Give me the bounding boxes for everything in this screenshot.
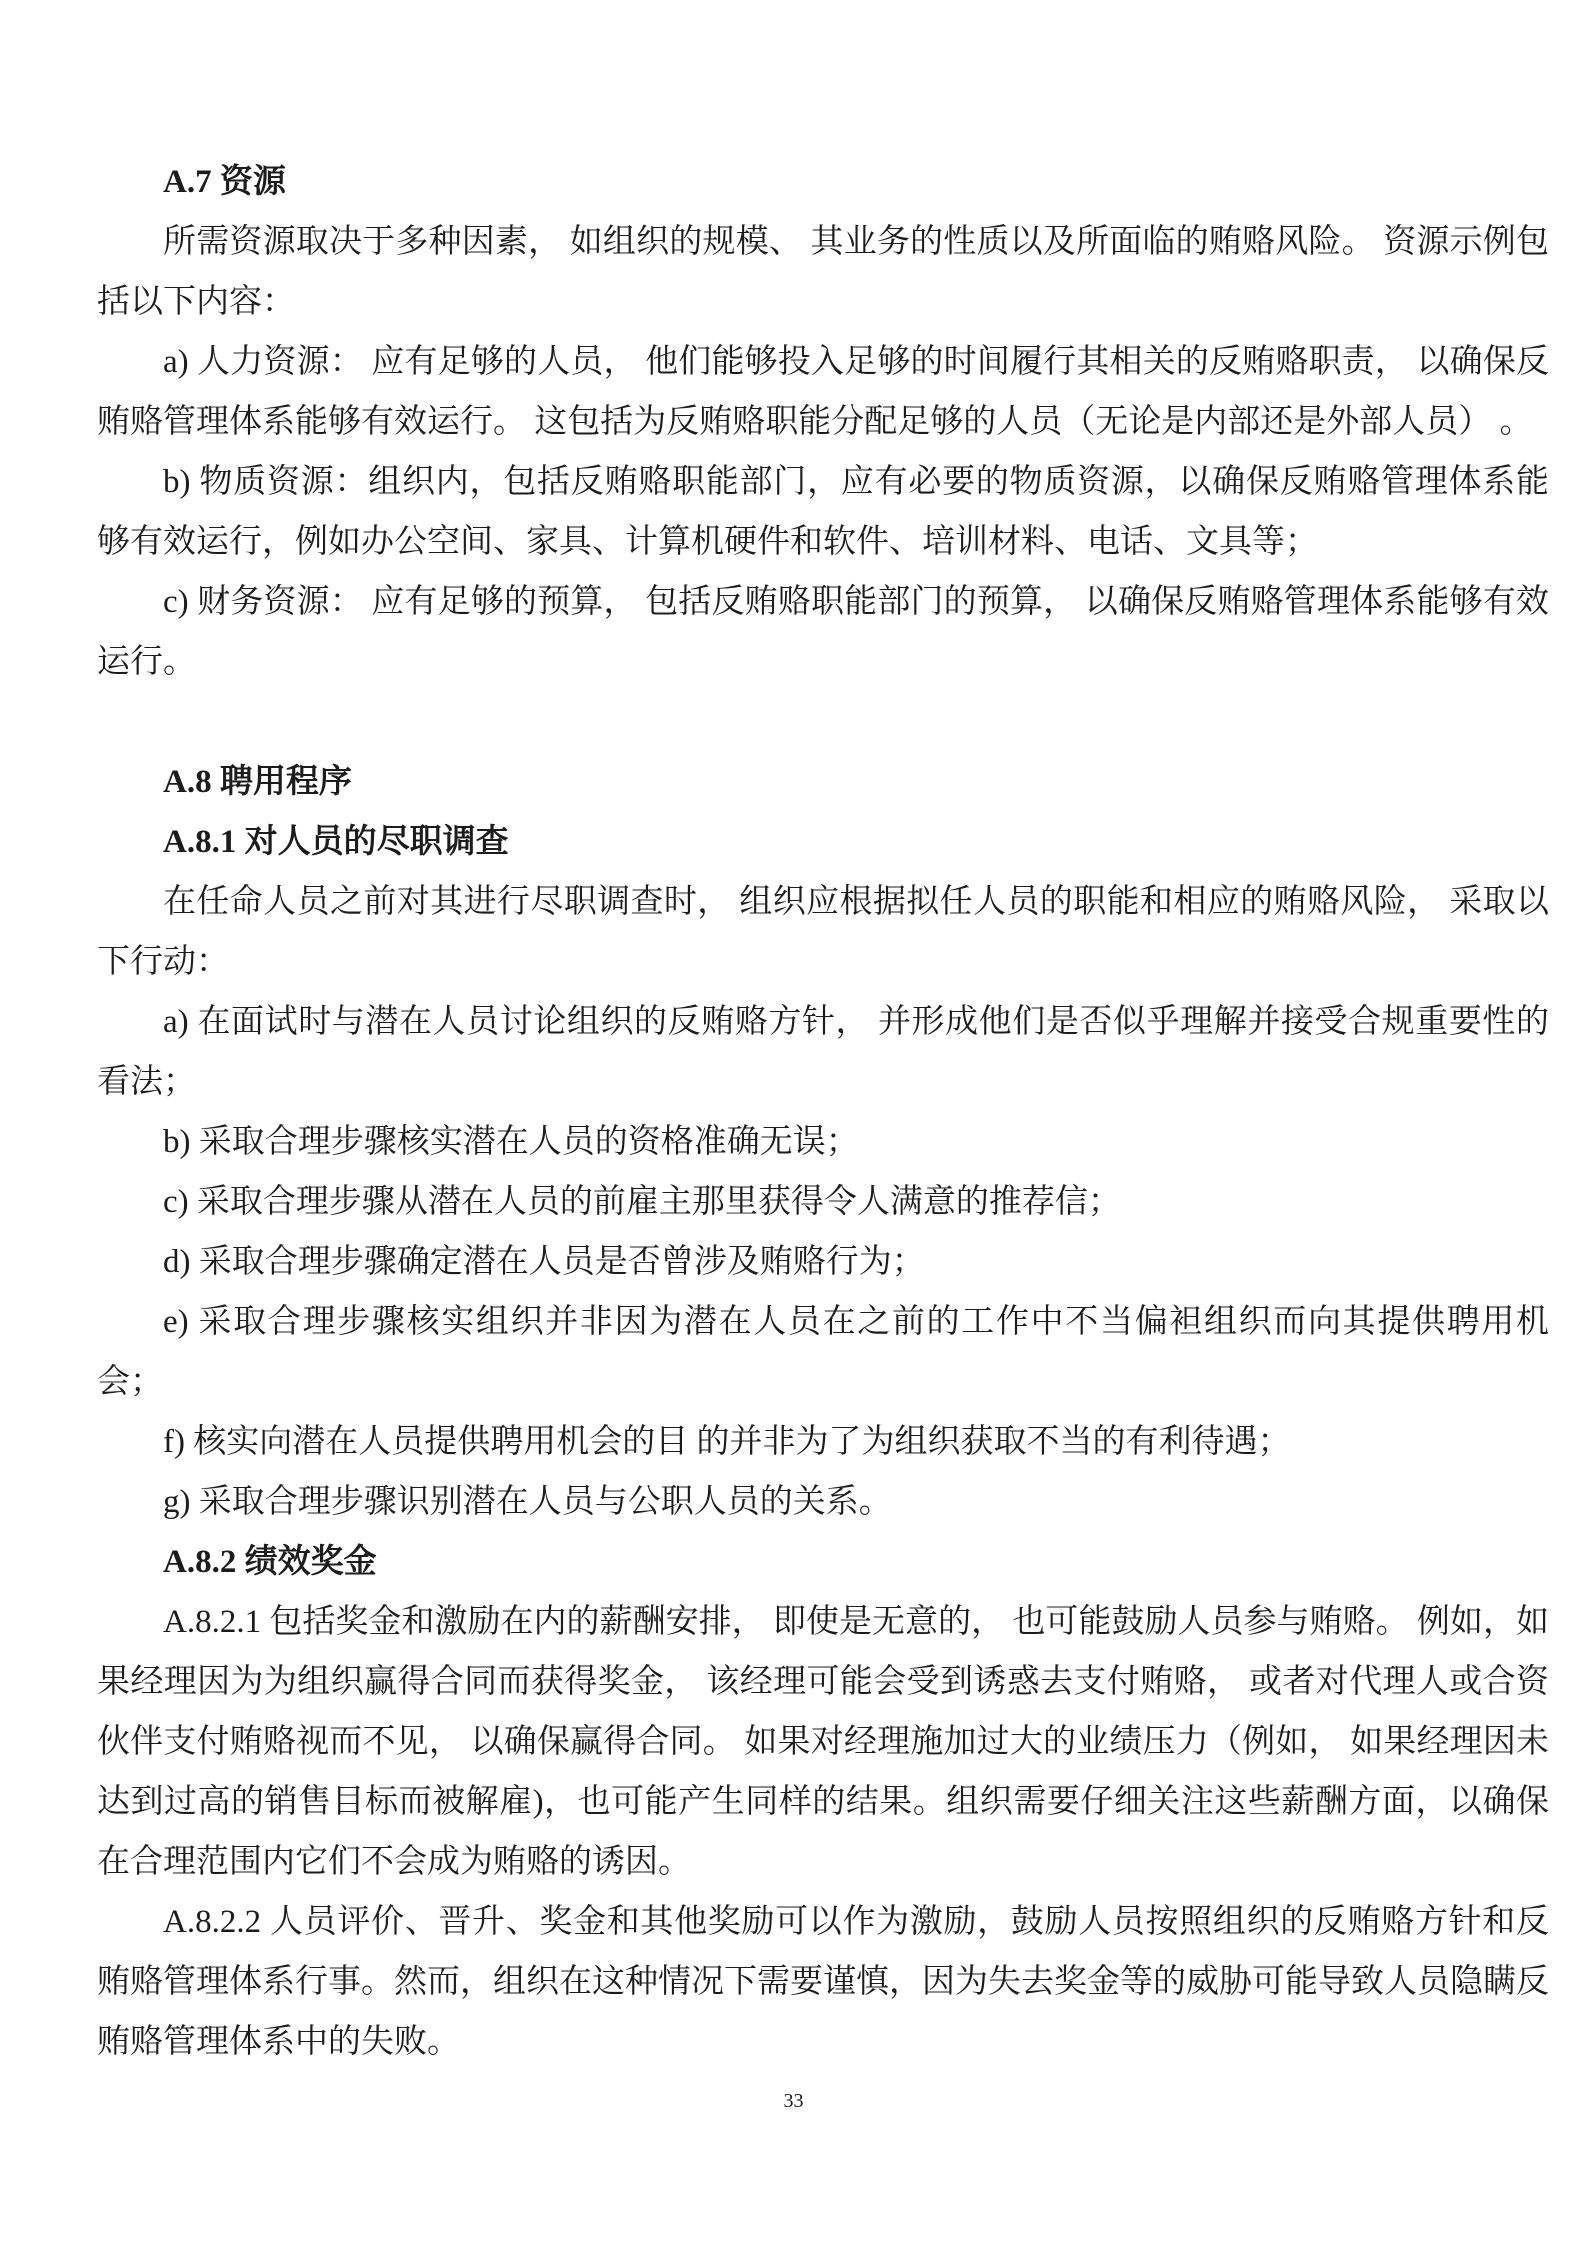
section-heading-a81: A.8.1 对人员的尽职调查 — [97, 812, 1549, 872]
list-item-a81-c: c) 采取合理步骤从潜在人员的前雇主那里获得令人满意的推荐信； — [97, 1172, 1549, 1232]
list-item-a7-a: a) 人力资源： 应有足够的人员， 他们能够投入足够的时间履行其相关的反贿赂职责… — [97, 332, 1549, 452]
section-heading-a7: A.7 资源 — [97, 152, 1549, 212]
paragraph-a7-intro: 所需资源取决于多种因素， 如组织的规模、 其业务的性质以及所面临的贿赂风险。 资… — [97, 212, 1549, 332]
section-heading-a82: A.8.2 绩效奖金 — [97, 1532, 1549, 1592]
list-item-a81-a: a) 在面试时与潜在人员讨论组织的反贿赂方针， 并形成他们是否似乎理解并接受合规… — [97, 992, 1549, 1112]
list-item-a81-d: d) 采取合理步骤确定潜在人员是否曾涉及贿赂行为； — [97, 1232, 1549, 1292]
list-item-a7-c: c) 财务资源： 应有足够的预算， 包括反贿赂职能部门的预算， 以确保反贿赂管理… — [97, 572, 1549, 692]
list-item-a81-b: b) 采取合理步骤核实潜在人员的资格准确无误； — [97, 1112, 1549, 1172]
document-page: A.7 资源 所需资源取决于多种因素， 如组织的规模、 其业务的性质以及所面临的… — [0, 0, 1587, 2245]
list-item-a81-g: g) 采取合理步骤识别潜在人员与公职人员的关系。 — [97, 1472, 1549, 1532]
list-item-a81-f: f) 核实向潜在人员提供聘用机会的目 的并非为了为组织获取不当的有利待遇； — [97, 1412, 1549, 1472]
list-item-a7-b: b) 物质资源：组织内，包括反贿赂职能部门，应有必要的物质资源，以确保反贿赂管理… — [97, 452, 1549, 572]
paragraph-a822: A.8.2.2 人员评价、晋升、奖金和其他奖励可以作为激励，鼓励人员按照组织的反… — [97, 1892, 1549, 2072]
paragraph-a81-intro: 在任命人员之前对其进行尽职调查时， 组织应根据拟任人员的职能和相应的贿赂风险， … — [97, 872, 1549, 992]
section-heading-a8: A.8 聘用程序 — [97, 752, 1549, 812]
document-body: A.7 资源 所需资源取决于多种因素， 如组织的规模、 其业务的性质以及所面临的… — [97, 152, 1549, 2072]
page-number: 33 — [0, 2088, 1587, 2114]
paragraph-a821: A.8.2.1 包括奖金和激励在内的薪酬安排， 即使是无意的， 也可能鼓励人员参… — [97, 1592, 1549, 1892]
list-item-a81-e: e) 采取合理步骤核实组织并非因为潜在人员在之前的工作中不当偏袒组织而向其提供聘… — [97, 1292, 1549, 1412]
